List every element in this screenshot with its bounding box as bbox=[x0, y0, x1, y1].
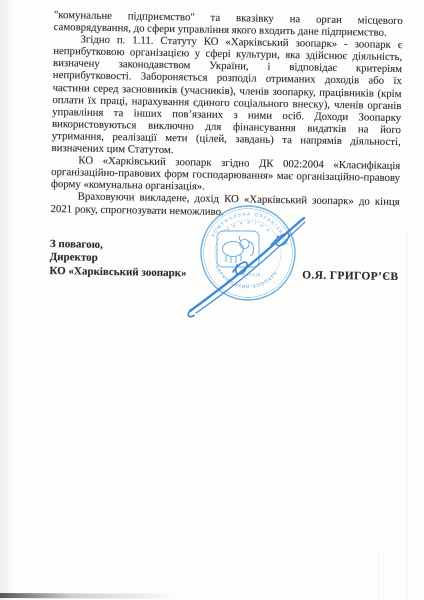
scan-edge-left bbox=[0, 0, 14, 600]
body-paragraph: КО «Харківський зоопарк згідно ДК 002:20… bbox=[51, 154, 401, 196]
body-paragraph: Згідно п. 1.11. Статуту КО «Харківський … bbox=[51, 33, 402, 160]
signatory-organization: КО «Харківський зоопарк» bbox=[49, 265, 186, 281]
body-paragraph: Враховуючи викладене, дохід КО «Харківсь… bbox=[50, 190, 399, 220]
scan-line-artifact bbox=[378, 552, 379, 600]
signature-left-column: З повагою, Директор КО «Харківський зооп… bbox=[49, 238, 187, 281]
scan-bottom-shadow bbox=[0, 593, 178, 599]
signature-block: З повагою, Директор КО «Харківський зооп… bbox=[49, 238, 399, 285]
scan-line-artifact bbox=[406, 232, 407, 600]
letter-body: "комунальне підприємство" та вказівку на… bbox=[49, 9, 403, 284]
signatory-name: О.Я. ГРИГОР’ЄВ bbox=[302, 270, 398, 285]
